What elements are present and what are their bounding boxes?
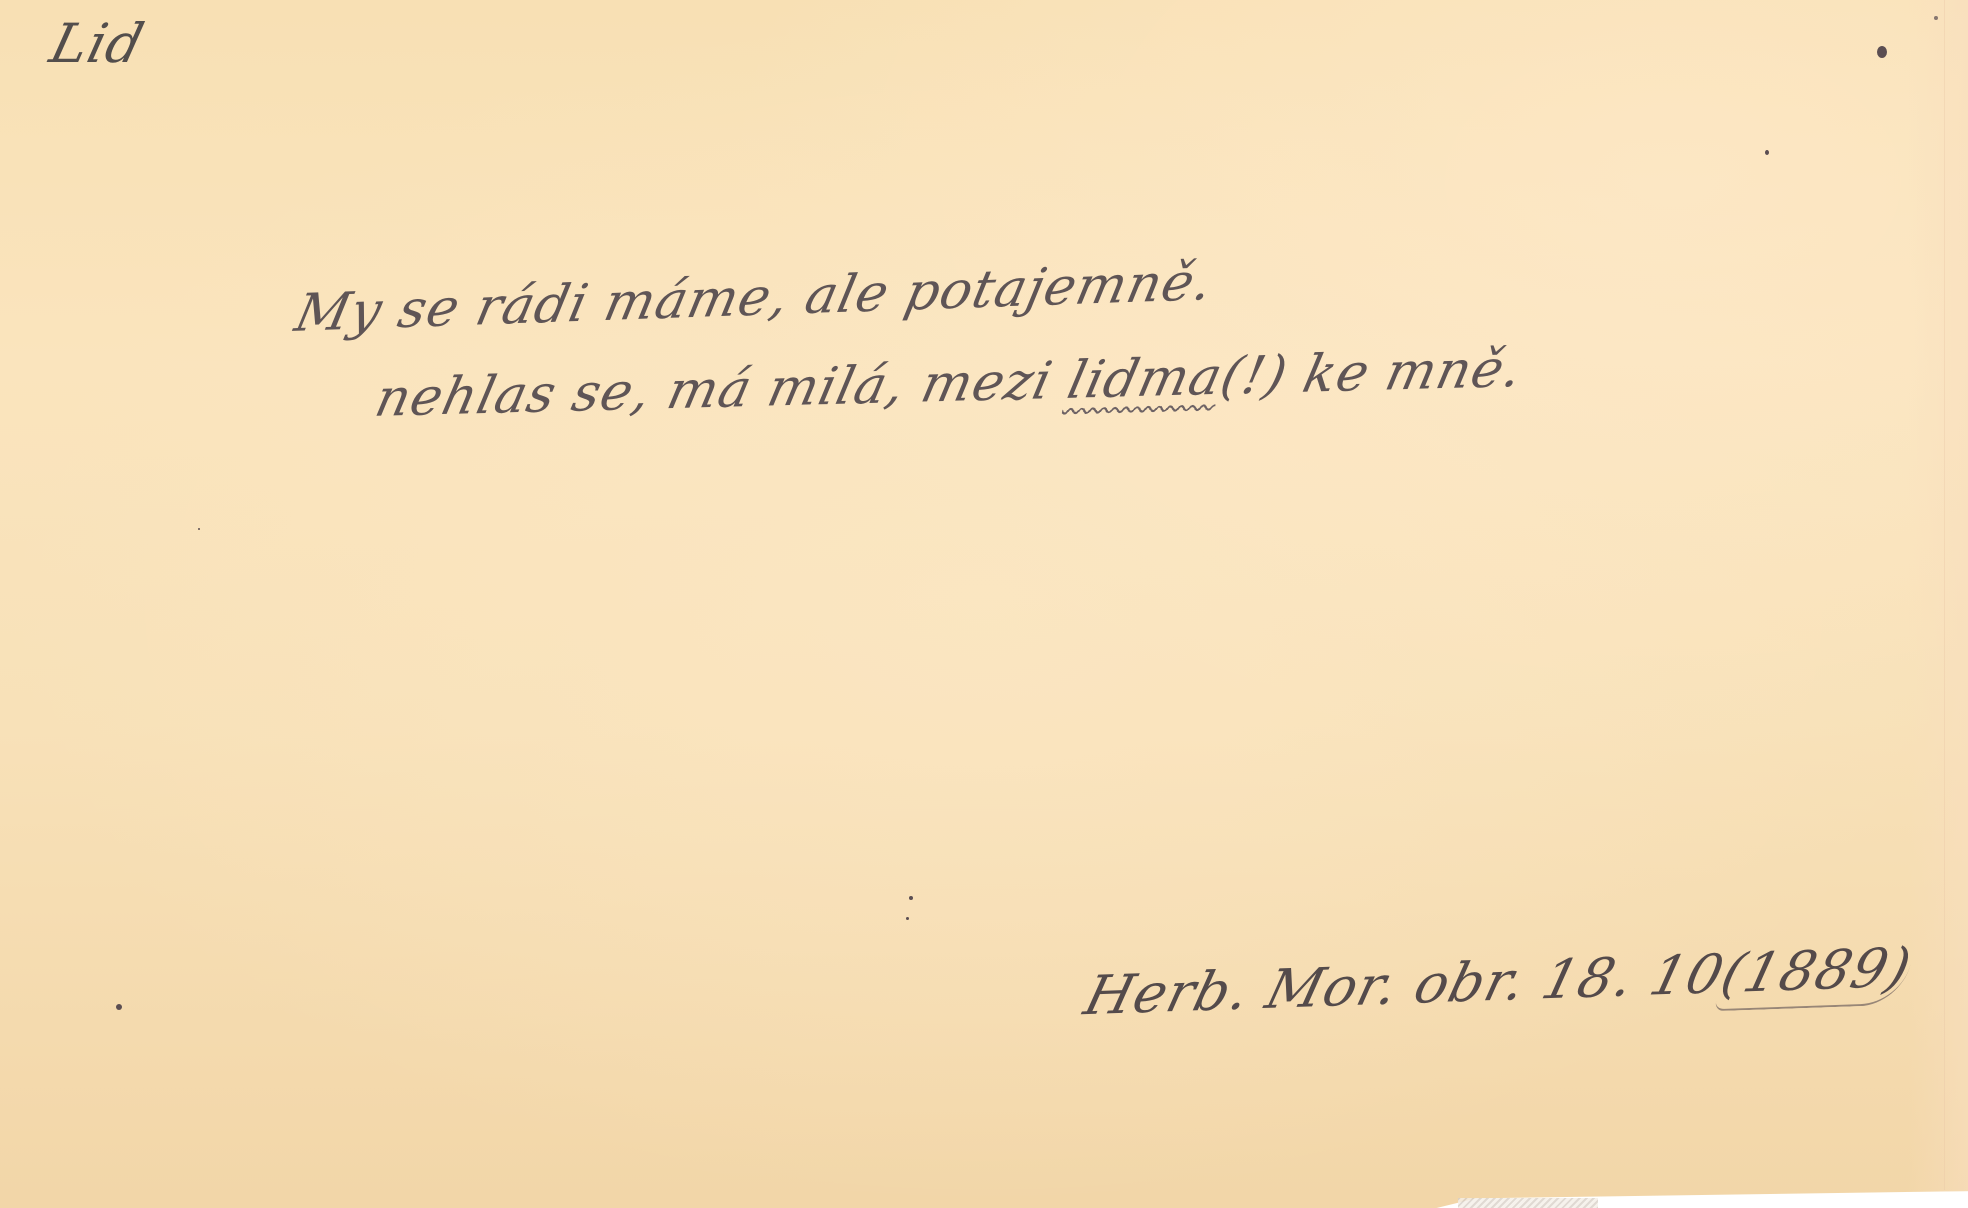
source-year: (1889): [1713, 936, 1918, 1011]
ink-spot: [1877, 46, 1887, 58]
verse-line-2-start: nehlas se, má milá, mezi: [370, 351, 1076, 429]
ink-spot: [198, 528, 200, 530]
category-label: Lid: [44, 12, 150, 75]
ink-spot: [1934, 16, 1938, 20]
verse-line-2: nehlas se, má milá, mezi lidma(!) ke mně…: [370, 339, 1528, 429]
card-edge-line: [1944, 0, 1945, 1190]
ink-spot: [116, 1004, 122, 1010]
ink-spot: [1765, 150, 1769, 155]
ink-spot: [906, 917, 909, 920]
source-reference: Herb. Mor. obr. 18. 10: [1078, 942, 1731, 1027]
ink-spot: [909, 896, 913, 900]
verse-line-1: My se rádi máme, ale potajemně.: [290, 252, 1219, 344]
archival-card: Lid My se rádi máme, ale potajemně. nehl…: [0, 0, 1968, 1208]
scan-edge-artifact: [1458, 1198, 1598, 1208]
underlined-word: lidma: [1062, 347, 1228, 411]
verse-line-2-end: (!) ke mně.: [1215, 339, 1528, 407]
source-citation: Herb. Mor. obr. 18. 10(1889): [1078, 936, 1918, 1027]
